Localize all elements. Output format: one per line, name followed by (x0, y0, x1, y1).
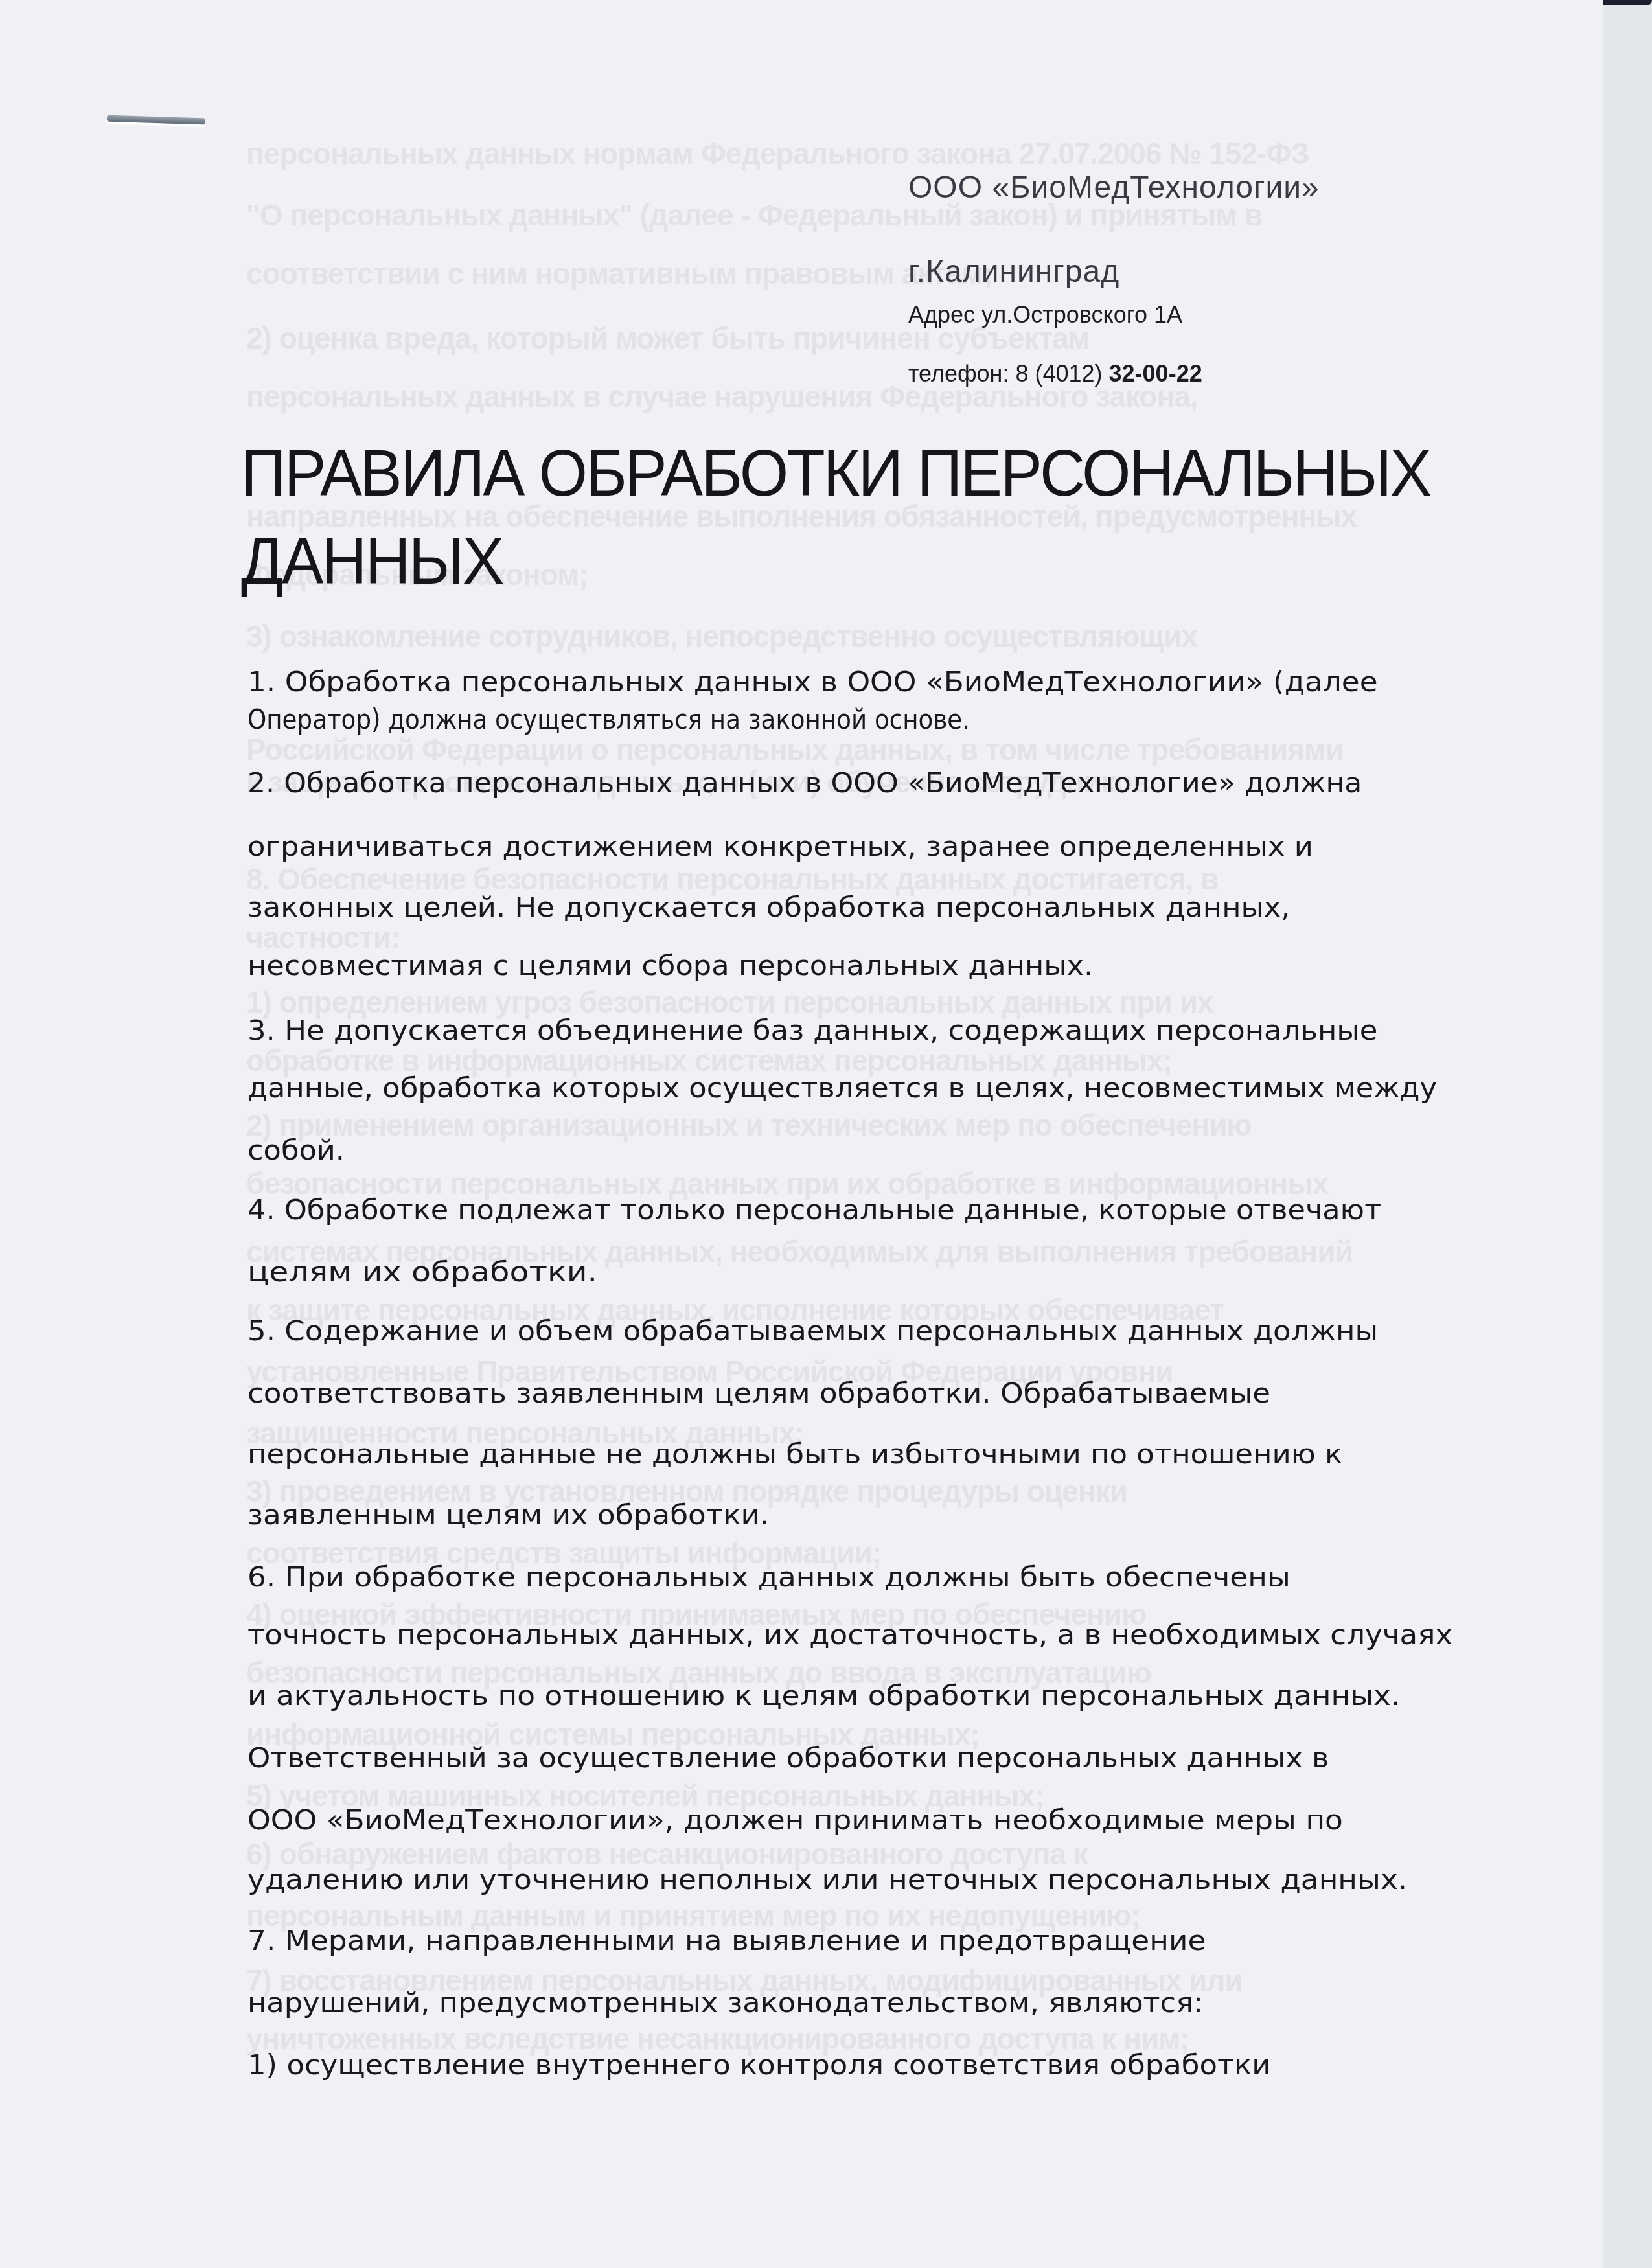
address: Адрес ул.Островского 1А (908, 301, 1182, 328)
body-line: данные, обработка которых осуществляется… (247, 1072, 1437, 1104)
body-line: 1. Обработка персональных данных в ООО «… (247, 666, 1378, 698)
body-line: 3. Не допускается объединение баз данных… (247, 1014, 1378, 1046)
body-line: ограничиваться достижением конкретных, з… (247, 830, 1313, 862)
body-line: 4. Обработке подлежат только персональны… (247, 1194, 1381, 1226)
body-line: собой. (247, 1134, 345, 1166)
body-line: 7. Мерами, направленными на выявление и … (247, 1925, 1206, 1956)
body-line: законных целей. Не допускается обработка… (247, 891, 1291, 923)
body-line: целям их обработки. (247, 1256, 597, 1288)
city: г.Калининград (908, 254, 1119, 290)
body-line: 1) осуществление внутреннего контроля со… (247, 2049, 1270, 2081)
scanner-lid-edge (1603, 0, 1652, 5)
body-line: Оператор) должна осуществляться на закон… (247, 704, 970, 735)
document-title-line-1: ПРАВИЛА ОБРАБОТКИ ПЕРСОНАЛЬНЫХ (241, 435, 1430, 511)
body-line: Ответственный за осуществление обработки… (247, 1742, 1329, 1774)
show-through-line: 3) ознакомление сотрудников, непосредств… (246, 619, 1197, 654)
phone-label: телефон: 8 (4012) (908, 360, 1109, 387)
body-line: 5. Содержание и объем обрабатываемых пер… (247, 1315, 1378, 1347)
phone: телефон: 8 (4012) 32-00-22 (908, 360, 1202, 387)
staple-mark (107, 115, 205, 125)
body-line: соответствовать заявленным целям обработ… (247, 1377, 1270, 1409)
phone-number: 32-00-22 (1109, 360, 1202, 387)
body-line: удалению или уточнению неполных или нето… (247, 1864, 1407, 1896)
show-through-line: соответствии с ним нормативным правовым … (246, 256, 992, 291)
show-through-line: Российской Федерации о персональных данн… (246, 732, 1343, 767)
body-line: персональные данные не должны быть избыт… (247, 1438, 1342, 1470)
body-line: 2. Обработка персональных данных в ООО «… (247, 767, 1362, 799)
body-line: точность персональных данных, их достато… (247, 1619, 1452, 1651)
body-line: несовместимая с целями сбора персональны… (247, 950, 1093, 981)
show-through-line: персональных данных нормам Федерального … (246, 136, 1309, 171)
body-line: нарушений, предусмотренных законодательс… (247, 1987, 1203, 2019)
organization-name: ООО «БиоМедТехнологии» (908, 170, 1320, 205)
body-line: 6. При обработке персональных данных дол… (247, 1561, 1291, 1593)
scanner-background (1603, 0, 1652, 2268)
show-through-line: 2) применением организационных и техниче… (246, 1108, 1252, 1143)
document-title-line-2: ДАННЫХ (241, 523, 503, 599)
body-line: ООО «БиоМедТехнологии», должен принимать… (247, 1804, 1343, 1836)
document-page: персональных данных нормам Федерального … (0, 0, 1603, 2268)
body-line: заявленным целям их обработки. (247, 1499, 769, 1531)
body-line: и актуальность по отношению к целям обра… (247, 1680, 1400, 1712)
